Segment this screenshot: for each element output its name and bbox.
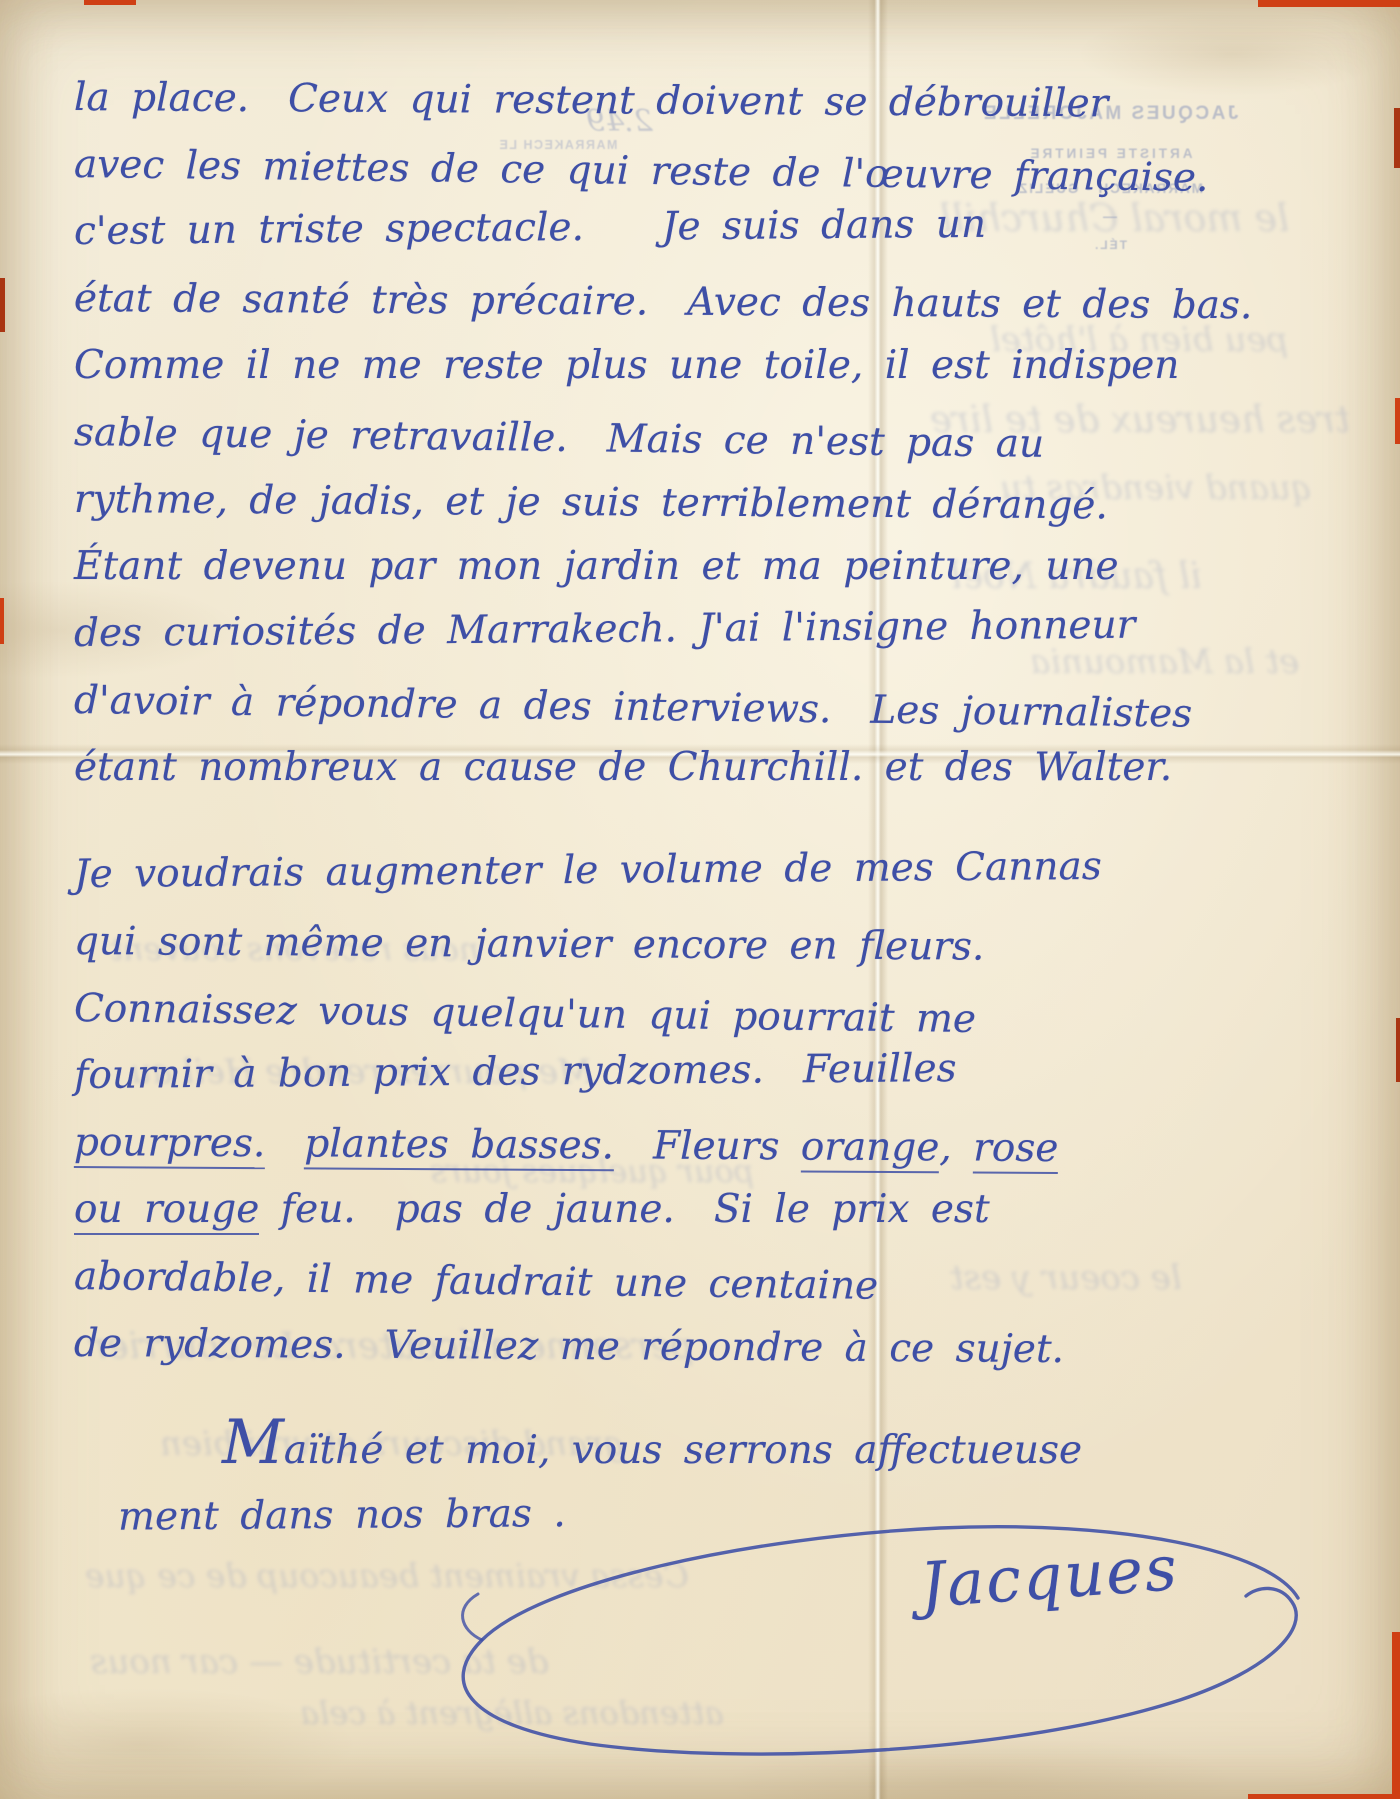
letter-line: qui sont même en janvier encore en fleur… xyxy=(74,908,1374,983)
letter-line: état de santé très précaire. Avec des ha… xyxy=(74,265,1374,340)
underlined-word: plantes basses. xyxy=(304,1121,614,1171)
underlined-word: pourpres. xyxy=(74,1120,266,1169)
letter-text: Maïthé et moi, vous serrons affectueuse xyxy=(222,1428,1082,1473)
letter-text: d'avoir à répondre a des interviews. Les… xyxy=(74,678,1193,737)
background-edge xyxy=(1258,0,1400,7)
letter-text: des curiosités de Marrakech. J'ai l'insi… xyxy=(74,603,1136,656)
letter-line: des curiosités de Marrakech. J'ai l'insi… xyxy=(74,590,1374,667)
letter-text: sable que je retravaille. Mais ce n'est … xyxy=(74,410,1045,467)
letter-text: fournir à bon prix des rydzomes. Feuille… xyxy=(74,1046,957,1098)
background-edge xyxy=(0,598,4,644)
letter-text: c'est un triste spectacle. Je suis dans … xyxy=(74,202,986,254)
letter-text: étant nombreux a cause de Churchill. et … xyxy=(74,745,1172,790)
background-edge xyxy=(84,0,136,5)
signature-flourish xyxy=(420,1512,1360,1782)
letter-line: c'est un triste spectacle. Je suis dans … xyxy=(74,188,1374,265)
letter-text: Étant devenu par mon jardin et ma peintu… xyxy=(74,544,1119,589)
letter-text: Connaissez vous quelqu'un qui pourrait m… xyxy=(74,986,977,1042)
letter-text: Comme il ne me reste plus une toile, il … xyxy=(74,343,1179,388)
letter-text: Je voudrais augmenter le volume de mes C… xyxy=(74,844,1102,897)
letter-line: Comme il ne me reste plus une toile, il … xyxy=(74,332,1374,399)
letter-line: ou rouge feu. pas de jaune. Si le prix e… xyxy=(74,1176,1374,1243)
letter-text xyxy=(265,1121,304,1166)
letter-text: , xyxy=(939,1125,973,1170)
letter-line: Maïthé et moi, vous serrons affectueuse xyxy=(74,1417,1374,1484)
letter-text: abordable, il me faudrait une centaine xyxy=(74,1254,879,1309)
letter-text: qui sont même en janvier encore en fleur… xyxy=(74,919,985,970)
background-edge xyxy=(1396,1018,1400,1082)
background-edge xyxy=(1248,1794,1400,1799)
letter-line: Étant devenu par mon jardin et ma peintu… xyxy=(74,533,1374,600)
scan-background: JACQUES MAJORELLE ARTISTE PEINTRE MARRAK… xyxy=(0,0,1400,1799)
background-edge xyxy=(1394,108,1400,168)
letter-text: état de santé très précaire. Avec des ha… xyxy=(74,276,1253,328)
letter-line: la place. Ceux qui restent doivent se dé… xyxy=(74,64,1374,139)
letter-line: fournir à bon prix des rydzomes. Feuille… xyxy=(74,1032,1374,1109)
background-edge xyxy=(1395,398,1400,444)
signature-block: Jacques xyxy=(420,1512,1360,1782)
letter-line: pourpres. plantes basses. Fleurs orange,… xyxy=(74,1109,1374,1184)
letter-line: de rydzomes. Veuillez me répondre à ce s… xyxy=(74,1310,1374,1385)
letter-line: rythme, de jadis, et je suis terriblemen… xyxy=(74,466,1374,541)
letter-text: Fleurs xyxy=(614,1123,801,1169)
letter-line: Je voudrais augmenter le volume de mes C… xyxy=(74,831,1374,908)
letter-text: rythme, de jadis, et je suis terriblemen… xyxy=(74,477,1108,528)
letter-text: la place. Ceux qui restent doivent se dé… xyxy=(74,75,1109,126)
letter-text: feu. pas de jaune. Si le prix est xyxy=(259,1187,989,1232)
underlined-word: orange xyxy=(801,1124,940,1173)
background-edge xyxy=(0,278,5,332)
underlined-word: ou rouge xyxy=(74,1187,259,1235)
letter-lines: la place. Ceux qui restent doivent se dé… xyxy=(74,64,1374,1551)
letter-page: JACQUES MAJORELLE ARTISTE PEINTRE MARRAK… xyxy=(0,0,1400,1799)
background-edge xyxy=(1392,1632,1400,1799)
underlined-word: rose xyxy=(973,1125,1059,1174)
letter-text: de rydzomes. Veuillez me répondre à ce s… xyxy=(74,1321,1064,1372)
